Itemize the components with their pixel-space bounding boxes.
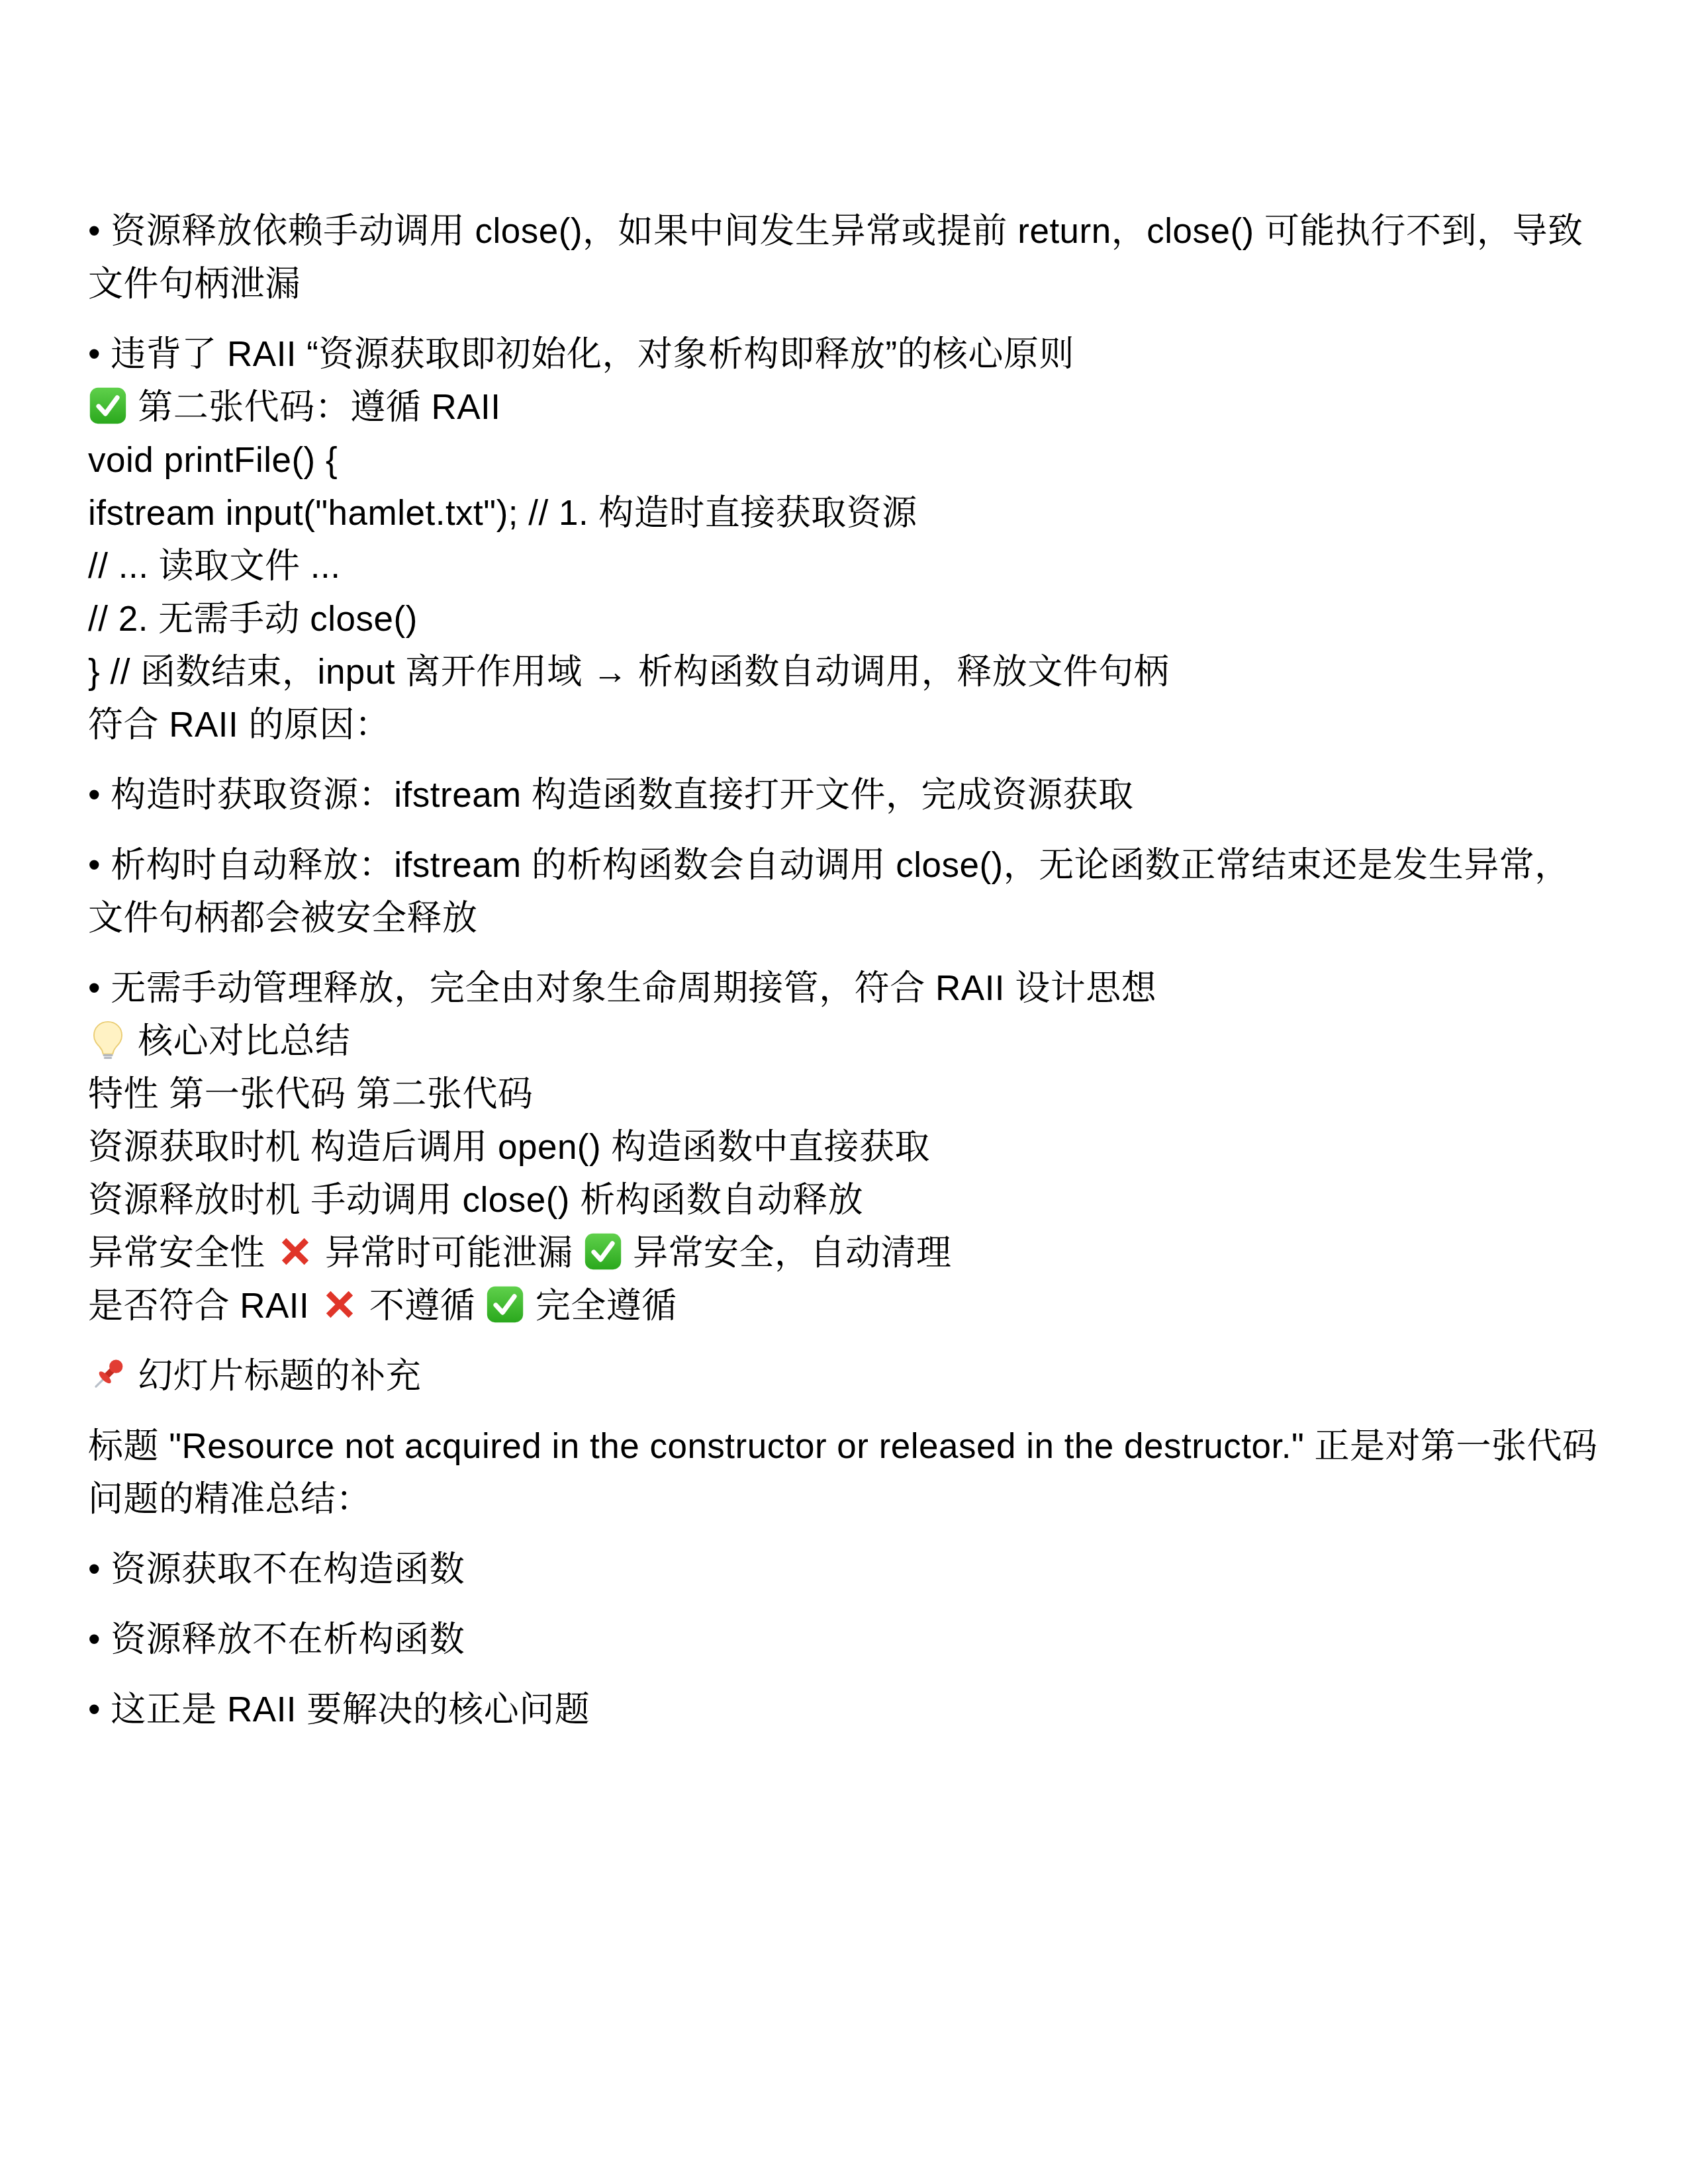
- line-raii-reason-heading: 符合 RAII 的原因：: [88, 699, 1602, 752]
- text-run: 资源获取时机 构造后调用 open() 构造函数中直接获取: [88, 1128, 930, 1167]
- text-run: 资源释放时机 手动调用 close() 析构函数自动释放: [88, 1181, 863, 1220]
- code-line-function-end: } // 函数结束，input 离开作用域 → 析构函数自动调用，释放文件句柄: [88, 646, 1602, 699]
- para-slide-title-summary: 标题 "Resource not acquired in the constru…: [88, 1420, 1602, 1526]
- text-run: // ... 读取文件 ...: [88, 547, 340, 586]
- cross-icon: [320, 1285, 359, 1324]
- text-run: // 2. 无需手动 close(): [88, 600, 418, 639]
- text-run: void printFile() {: [88, 441, 338, 480]
- bullet-manual-close-risk: • 资源释放依赖手动调用 close()，如果中间发生异常或提前 return，…: [88, 205, 1602, 311]
- text-run: } // 函数结束，input 离开作用域 → 析构函数自动调用，释放文件句柄: [88, 653, 1169, 692]
- check-icon: [583, 1232, 623, 1271]
- table-row-raii-compliance: 是否符合 RAII 不遵循 完全遵循: [88, 1280, 1602, 1333]
- text-run: • 资源释放不在析构函数: [88, 1620, 465, 1659]
- text-run: • 资源获取不在构造函数: [88, 1550, 465, 1589]
- bullet-acquire-on-construct: • 构造时获取资源：ifstream 构造函数直接打开文件，完成资源获取: [88, 769, 1602, 822]
- text-run: 是否符合 RAII: [88, 1287, 320, 1326]
- text-run: 符合 RAII 的原因：: [88, 705, 391, 745]
- bullet-not-released-in-destructor: • 资源释放不在析构函数: [88, 1614, 1602, 1666]
- bullet-release-on-destruct: • 析构时自动释放：ifstream 的析构函数会自动调用 close()，无论…: [88, 839, 1602, 945]
- pin-icon: [88, 1355, 128, 1394]
- text-run: ifstream input("hamlet.txt"); // 1. 构造时直…: [88, 494, 917, 533]
- document-page: • 资源释放依赖手动调用 close()，如果中间发生异常或提前 return，…: [0, 0, 1688, 2184]
- check-icon: [485, 1285, 525, 1324]
- table-header-row: 特性 第一张代码 第二张代码: [88, 1068, 1602, 1121]
- text-run: • 构造时获取资源：ifstream 构造函数直接打开文件，完成资源获取: [88, 776, 1133, 815]
- text-run: 特性 第一张代码 第二张代码: [88, 1075, 533, 1114]
- text-run: 第二张代码：遵循 RAII: [128, 388, 501, 427]
- bullet-raii-core-problem: • 这正是 RAII 要解决的核心问题: [88, 1684, 1602, 1737]
- text-run: • 资源释放依赖手动调用 close()，如果中间发生异常或提前 return，…: [88, 212, 1583, 304]
- text-run: • 析构时自动释放：ifstream 的析构函数会自动调用 close()，无论…: [88, 846, 1570, 938]
- bullet-no-manual-management: • 无需手动管理释放，完全由对象生命周期接管，符合 RAII 设计思想: [88, 962, 1602, 1015]
- text-run: 异常安全，自动清理: [623, 1234, 952, 1273]
- line-slide-title-heading: 幻灯片标题的补充: [88, 1350, 1602, 1403]
- text-run: 标题 "Resource not acquired in the constru…: [88, 1427, 1598, 1519]
- text-run: • 违背了 RAII “资源获取即初始化，对象析构即释放”的核心原则: [88, 335, 1074, 374]
- text-run: 完全遵循: [525, 1287, 677, 1326]
- line-comparison-heading: 核心对比总结: [88, 1015, 1602, 1068]
- table-row-acquisition-timing: 资源获取时机 构造后调用 open() 构造函数中直接获取: [88, 1121, 1602, 1174]
- text-run: 异常安全性: [88, 1234, 275, 1273]
- text-run: 核心对比总结: [128, 1022, 350, 1061]
- bullet-not-acquired-in-constructor: • 资源获取不在构造函数: [88, 1543, 1602, 1596]
- table-row-release-timing: 资源释放时机 手动调用 close() 析构函数自动释放: [88, 1174, 1602, 1227]
- line-second-code-heading: 第二张代码：遵循 RAII: [88, 381, 1602, 434]
- code-line-no-close: // 2. 无需手动 close(): [88, 593, 1602, 646]
- text-run: • 这正是 RAII 要解决的核心问题: [88, 1690, 590, 1729]
- bullet-violates-raii: • 违背了 RAII “资源获取即初始化，对象析构即释放”的核心原则: [88, 328, 1602, 381]
- text-run: 异常时可能泄漏: [315, 1234, 583, 1273]
- text-run: • 无需手动管理释放，完全由对象生命周期接管，符合 RAII 设计思想: [88, 969, 1156, 1008]
- text-run: 不遵循: [359, 1287, 486, 1326]
- check-icon: [88, 386, 128, 426]
- document-body: • 资源释放依赖手动调用 close()，如果中间发生异常或提前 return，…: [0, 0, 1688, 1737]
- code-line-function-open: void printFile() {: [88, 434, 1602, 487]
- code-line-ifstream: ifstream input("hamlet.txt"); // 1. 构造时直…: [88, 487, 1602, 540]
- table-row-exception-safety: 异常安全性 异常时可能泄漏 异常安全，自动清理: [88, 1227, 1602, 1280]
- cross-icon: [275, 1232, 315, 1271]
- code-line-read-file: // ... 读取文件 ...: [88, 540, 1602, 593]
- text-run: 幻灯片标题的补充: [128, 1357, 421, 1396]
- bulb-icon: [88, 1020, 128, 1060]
